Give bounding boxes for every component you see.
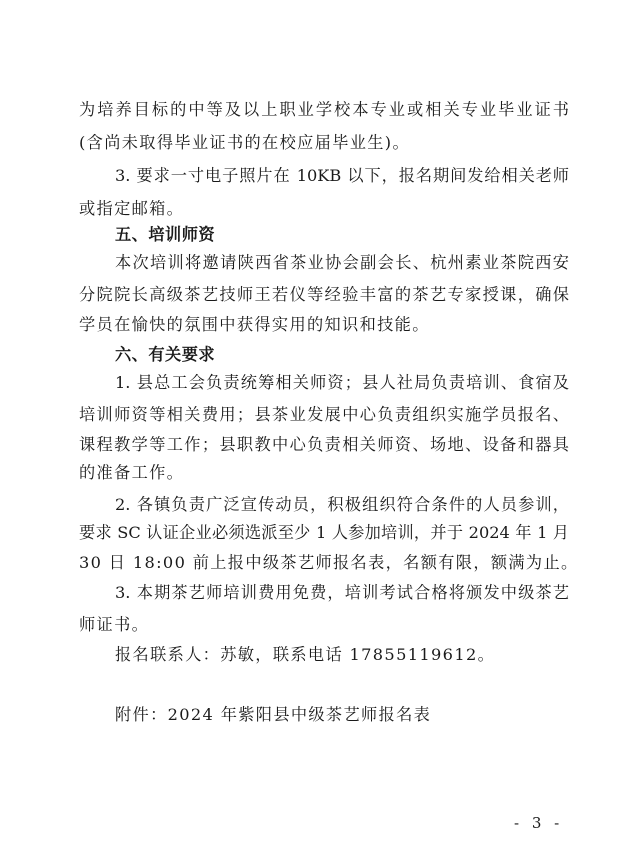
text-line: 30 日 18:00 前上报中级茶艺师报名表，名额有限，额满为止。 [79, 553, 549, 573]
text-line: 或指定邮箱。 [79, 199, 549, 219]
text-line: 2. 各镇负责广泛宣传动员，积极组织符合条件的人员参训， [115, 495, 569, 515]
text-line: 的准备工作。 [79, 463, 549, 483]
text-line: 师证书。 [79, 615, 549, 635]
text-line: 本次培训将邀请陕西省茶业协会副会长、杭州素业茶院西安 [115, 253, 569, 273]
document-page: 为培养目标的中等及以上职业学校本专业或相关专业毕业证书(含尚未取得毕业证书的在校… [0, 0, 623, 856]
section-heading: 六、有关要求 [115, 345, 585, 365]
text-line: 分院院长高级茶艺技师王若仪等经验丰富的茶艺专家授课，确保 [79, 285, 569, 305]
text-line: 为培养目标的中等及以上职业学校本专业或相关专业毕业证书 [79, 100, 569, 120]
text-line: 附件：2024 年紫阳县中级茶艺师报名表 [115, 705, 585, 725]
text-line: 3. 要求一寸电子照片在 10KB 以下，报名期间发给相关老师 [115, 166, 569, 186]
text-line: 课程教学等工作；县职教中心负责相关师资、场地、设备和器具 [79, 435, 569, 455]
text-line: 1. 县总工会负责统筹相关师资；县人社局负责培训、食宿及 [115, 373, 569, 393]
page-number: - 3 - [514, 814, 563, 832]
text-line: 报名联系人：苏敏，联系电话 17855119612。 [115, 645, 585, 665]
text-line: 学员在愉快的氛围中获得实用的知识和技能。 [79, 315, 549, 335]
text-line: (含尚未取得毕业证书的在校应届毕业生)。 [79, 133, 549, 153]
section-heading: 五、培训师资 [115, 225, 585, 245]
text-line: 3. 本期茶艺师培训费用免费，培训考试合格将颁发中级茶艺 [115, 583, 569, 603]
text-line: 要求 SC 认证企业必须选派至少 1 人参加培训，并于 2024 年 1 月 [79, 523, 569, 543]
text-line: 培训师资等相关费用；县茶业发展中心负责组织实施学员报名、 [79, 405, 569, 425]
